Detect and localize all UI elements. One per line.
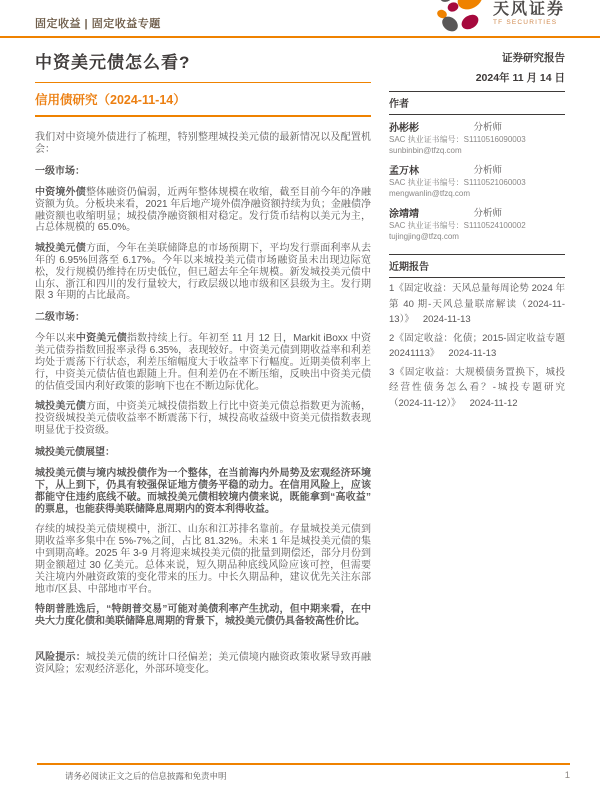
report-date: 2024年 11 月 14 日 [389, 70, 565, 85]
report-meta-column: 证券研究报告 2024年 11 月 14 日 作者 孙彬彬 分析师 SAC 执业… [389, 40, 565, 684]
recent-divider-bottom [389, 277, 565, 278]
body-paragraph: 城投美元债方面，中资美元城投债指数上行比中资美元债总指数更为流畅，投资级城投美元… [35, 401, 371, 437]
authors-list: 孙彬彬 分析师 SAC 执业证书编号：S1110516090003 sunbin… [389, 119, 565, 242]
author-role: 分析师 [473, 205, 502, 220]
brand-block: 天风证券 TF SECURITIES [435, 0, 565, 36]
recent-report-item: 1《固定收益：天风总量每周论势 2024 年第 40 期-天风总量联席解读（20… [389, 281, 565, 328]
author-sac-id: SAC 执业证书编号：S1110521060003 [389, 177, 565, 188]
page-header: 固定收益 | 固定收益专题 天风证券 TF SECURITIES [0, 0, 600, 38]
body-paragraph: 中资境外债整体融资仍偏弱，近两年整体规模在收缩，截至目前今年的净融资额为负。分板… [35, 187, 371, 235]
recent-report-date: 2024-11-12 [470, 398, 518, 409]
authors-divider [389, 114, 565, 115]
content-area: 中资美元债怎么看? 信用债研究（2024-11-14） 我们对中资境外债进行了梳… [35, 40, 565, 684]
page-number: 1 [565, 770, 570, 781]
recent-reports-list: 1《固定收益：天风总量每周论势 2024 年第 40 期-天风总量联席解读（20… [389, 281, 565, 411]
author-name: 涂靖靖 [389, 205, 473, 220]
section-heading: 城投美元债展望： [35, 447, 371, 459]
body-paragraph: 今年以来中资美元债指数持续上行。年初至 11 月 12 日，Markit iBo… [35, 333, 371, 393]
report-subtitle: 信用债研究（2024-11-14） [35, 90, 371, 108]
report-page: 固定收益 | 固定收益专题 天风证券 TF SECURITIES 中资 [0, 0, 600, 800]
report-body-column: 中资美元债怎么看? 信用债研究（2024-11-14） 我们对中资境外债进行了梳… [35, 40, 371, 684]
section-heading: 一级市场： [35, 166, 371, 178]
footer-disclaimer: 请务必阅读正文之后的信息披露和免责申明 [65, 770, 227, 782]
page-footer: 请务必阅读正文之后的信息披露和免责申明 1 [37, 763, 570, 782]
recent-report-date: 2024-11-13 [423, 314, 471, 325]
title-divider [35, 82, 371, 83]
author-name: 孟万林 [389, 162, 473, 177]
brand-name: 天风证券 [493, 1, 565, 19]
author-name: 孙彬彬 [389, 119, 473, 134]
body-paragraph: 存续的城投美元债规模中，浙江、山东和江苏排名靠前。存量城投美元债到期收益率多集中… [35, 524, 371, 595]
section-heading: 二级市场： [35, 312, 371, 324]
brand-text: 天风证券 TF SECURITIES [493, 0, 565, 27]
author-sac-id: SAC 执业证书编号：S1110516090003 [389, 134, 565, 145]
author-sac-id: SAC 执业证书编号：S1110524100002 [389, 220, 565, 231]
body-paragraph: 城投美元债方面，今年在美联储降息的市场预期下，平均发行票面利率从去年的 6.95… [35, 243, 371, 303]
authors-heading: 作者 [389, 92, 565, 114]
recent-report-item: 2《固定收益：化债；2015-固定收益专题 20241113》2024-11-1… [389, 331, 565, 362]
body-paragraph: 特朗普胜选后，“特朗普交易”可能对美债利率产生扰动，但中期来看，在中央大力度化债… [35, 604, 371, 628]
author-email: mengwanlin@tfzq.com [389, 188, 565, 199]
brand-subname: TF SECURITIES [493, 19, 565, 27]
body-paragraph: 我们对中资境外债进行了梳理，特别整理城投美元债的最新情况以及配置机会： [35, 132, 371, 156]
author-role: 分析师 [473, 162, 502, 177]
recent-report-date: 2024-11-13 [448, 348, 496, 359]
recent-report-item: 3《固定收益：大规模债务置换下，城投经营性债务怎么看？-城投专题研究（2024-… [389, 365, 565, 412]
author-role: 分析师 [473, 119, 502, 134]
risk-paragraph: 风险提示：城投美元债的统计口径偏差；美元债境内融资政策收紧导致再融资风险；宏观经… [35, 652, 371, 676]
author-entry: 孙彬彬 分析师 SAC 执业证书编号：S1110516090003 sunbin… [389, 119, 565, 156]
author-email: tujingjing@tfzq.com [389, 231, 565, 242]
author-email: sunbinbin@tfzq.com [389, 145, 565, 156]
tf-flower-logo-icon [435, 0, 487, 34]
recent-reports-heading: 近期报告 [389, 255, 565, 277]
category-label: 固定收益 | 固定收益专题 [35, 15, 161, 36]
subtitle-divider [35, 115, 371, 117]
report-title: 中资美元债怎么看? [35, 48, 371, 73]
author-entry: 涂靖靖 分析师 SAC 执业证书编号：S1110524100002 tujing… [389, 205, 565, 242]
report-type-label: 证券研究报告 [389, 50, 565, 65]
body-paragraph: 城投美元债与境内城投债作为一个整体，在当前海内外局势及宏观经济环境下，从上到下，… [35, 468, 371, 516]
author-entry: 孟万林 分析师 SAC 执业证书编号：S1110521060003 mengwa… [389, 162, 565, 199]
